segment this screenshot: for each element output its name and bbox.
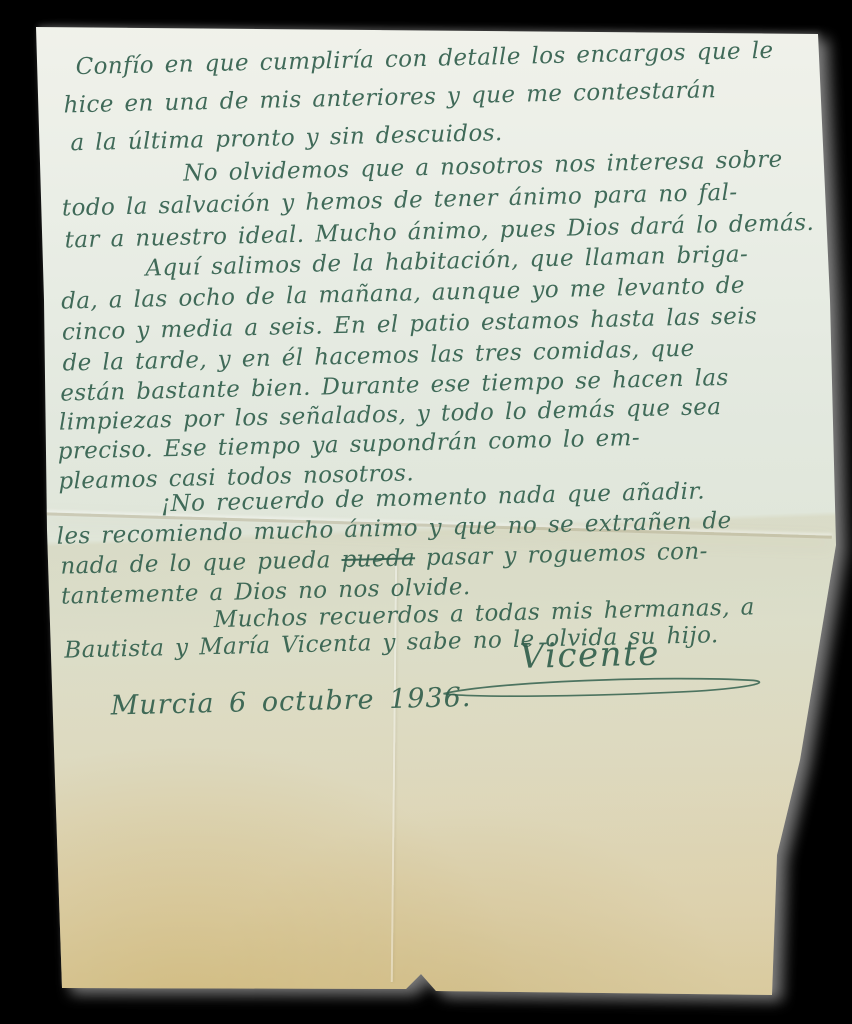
letter-line: Confío en que cumpliría con detalle los … <box>75 37 773 81</box>
letter-line: a la última pronto y sin descuidos. <box>70 119 503 157</box>
line-text: nada de lo que pueda <box>60 547 342 580</box>
paper-shadow: Confío en que cumpliría con detalle los … <box>0 0 852 1024</box>
letter-paper: Confío en que cumpliría con detalle los … <box>0 0 852 1024</box>
letter-photo: Confío en que cumpliría con detalle los … <box>0 0 852 1024</box>
letter-body: Confío en que cumpliría con detalle los … <box>40 21 849 779</box>
line-text: pasar y roguemos con- <box>415 538 708 571</box>
signature-flourish <box>435 671 766 705</box>
signature: Vicente <box>519 634 660 677</box>
letter-line: hice en una de mis anteriores y que me c… <box>63 76 716 119</box>
crossed-out-word: pueda <box>341 545 415 573</box>
dateline: Murcia 6 octubre 1936. <box>110 682 471 721</box>
